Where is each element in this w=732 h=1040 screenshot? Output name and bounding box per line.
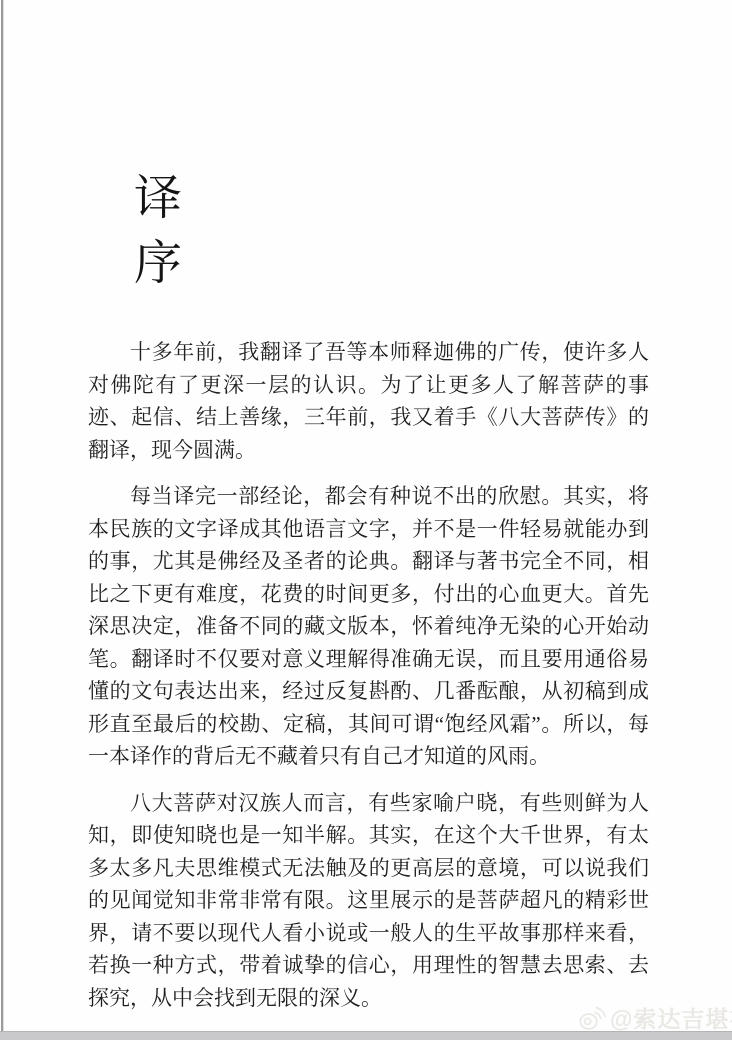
preface-paragraph-3: 八大菩萨对汉族人而言，有些家喻户晓，有些则鲜为人知，即使知晓也是一知半解。其实，… <box>88 787 649 1015</box>
preface-body: 十多年前，我翻译了吾等本师释迦佛的广传，使许多人对佛陀有了更深一层的认识。为了让… <box>88 336 649 1028</box>
weibo-handle: @索达吉堪布 <box>610 1001 732 1034</box>
preface-paragraph-1: 十多年前，我翻译了吾等本师释迦佛的广传，使许多人对佛陀有了更深一层的认识。为了让… <box>88 336 649 466</box>
chapter-title: 译 序 <box>134 166 182 296</box>
weibo-logo-icon <box>578 1005 606 1031</box>
weibo-watermark: @索达吉堪布 <box>578 1001 732 1034</box>
scanned-book-page: { "page": { "title_chars": ["译", "序"], "… <box>0 0 732 1040</box>
chapter-title-char-1: 译 <box>134 166 182 231</box>
page-left-edge-soft <box>3 0 4 1040</box>
chapter-title-char-2: 序 <box>134 231 182 296</box>
preface-paragraph-2: 每当译完一部经论，都会有种说不出的欣慰。其实，将本民族的文字译成其他语言文字，并… <box>88 480 649 773</box>
